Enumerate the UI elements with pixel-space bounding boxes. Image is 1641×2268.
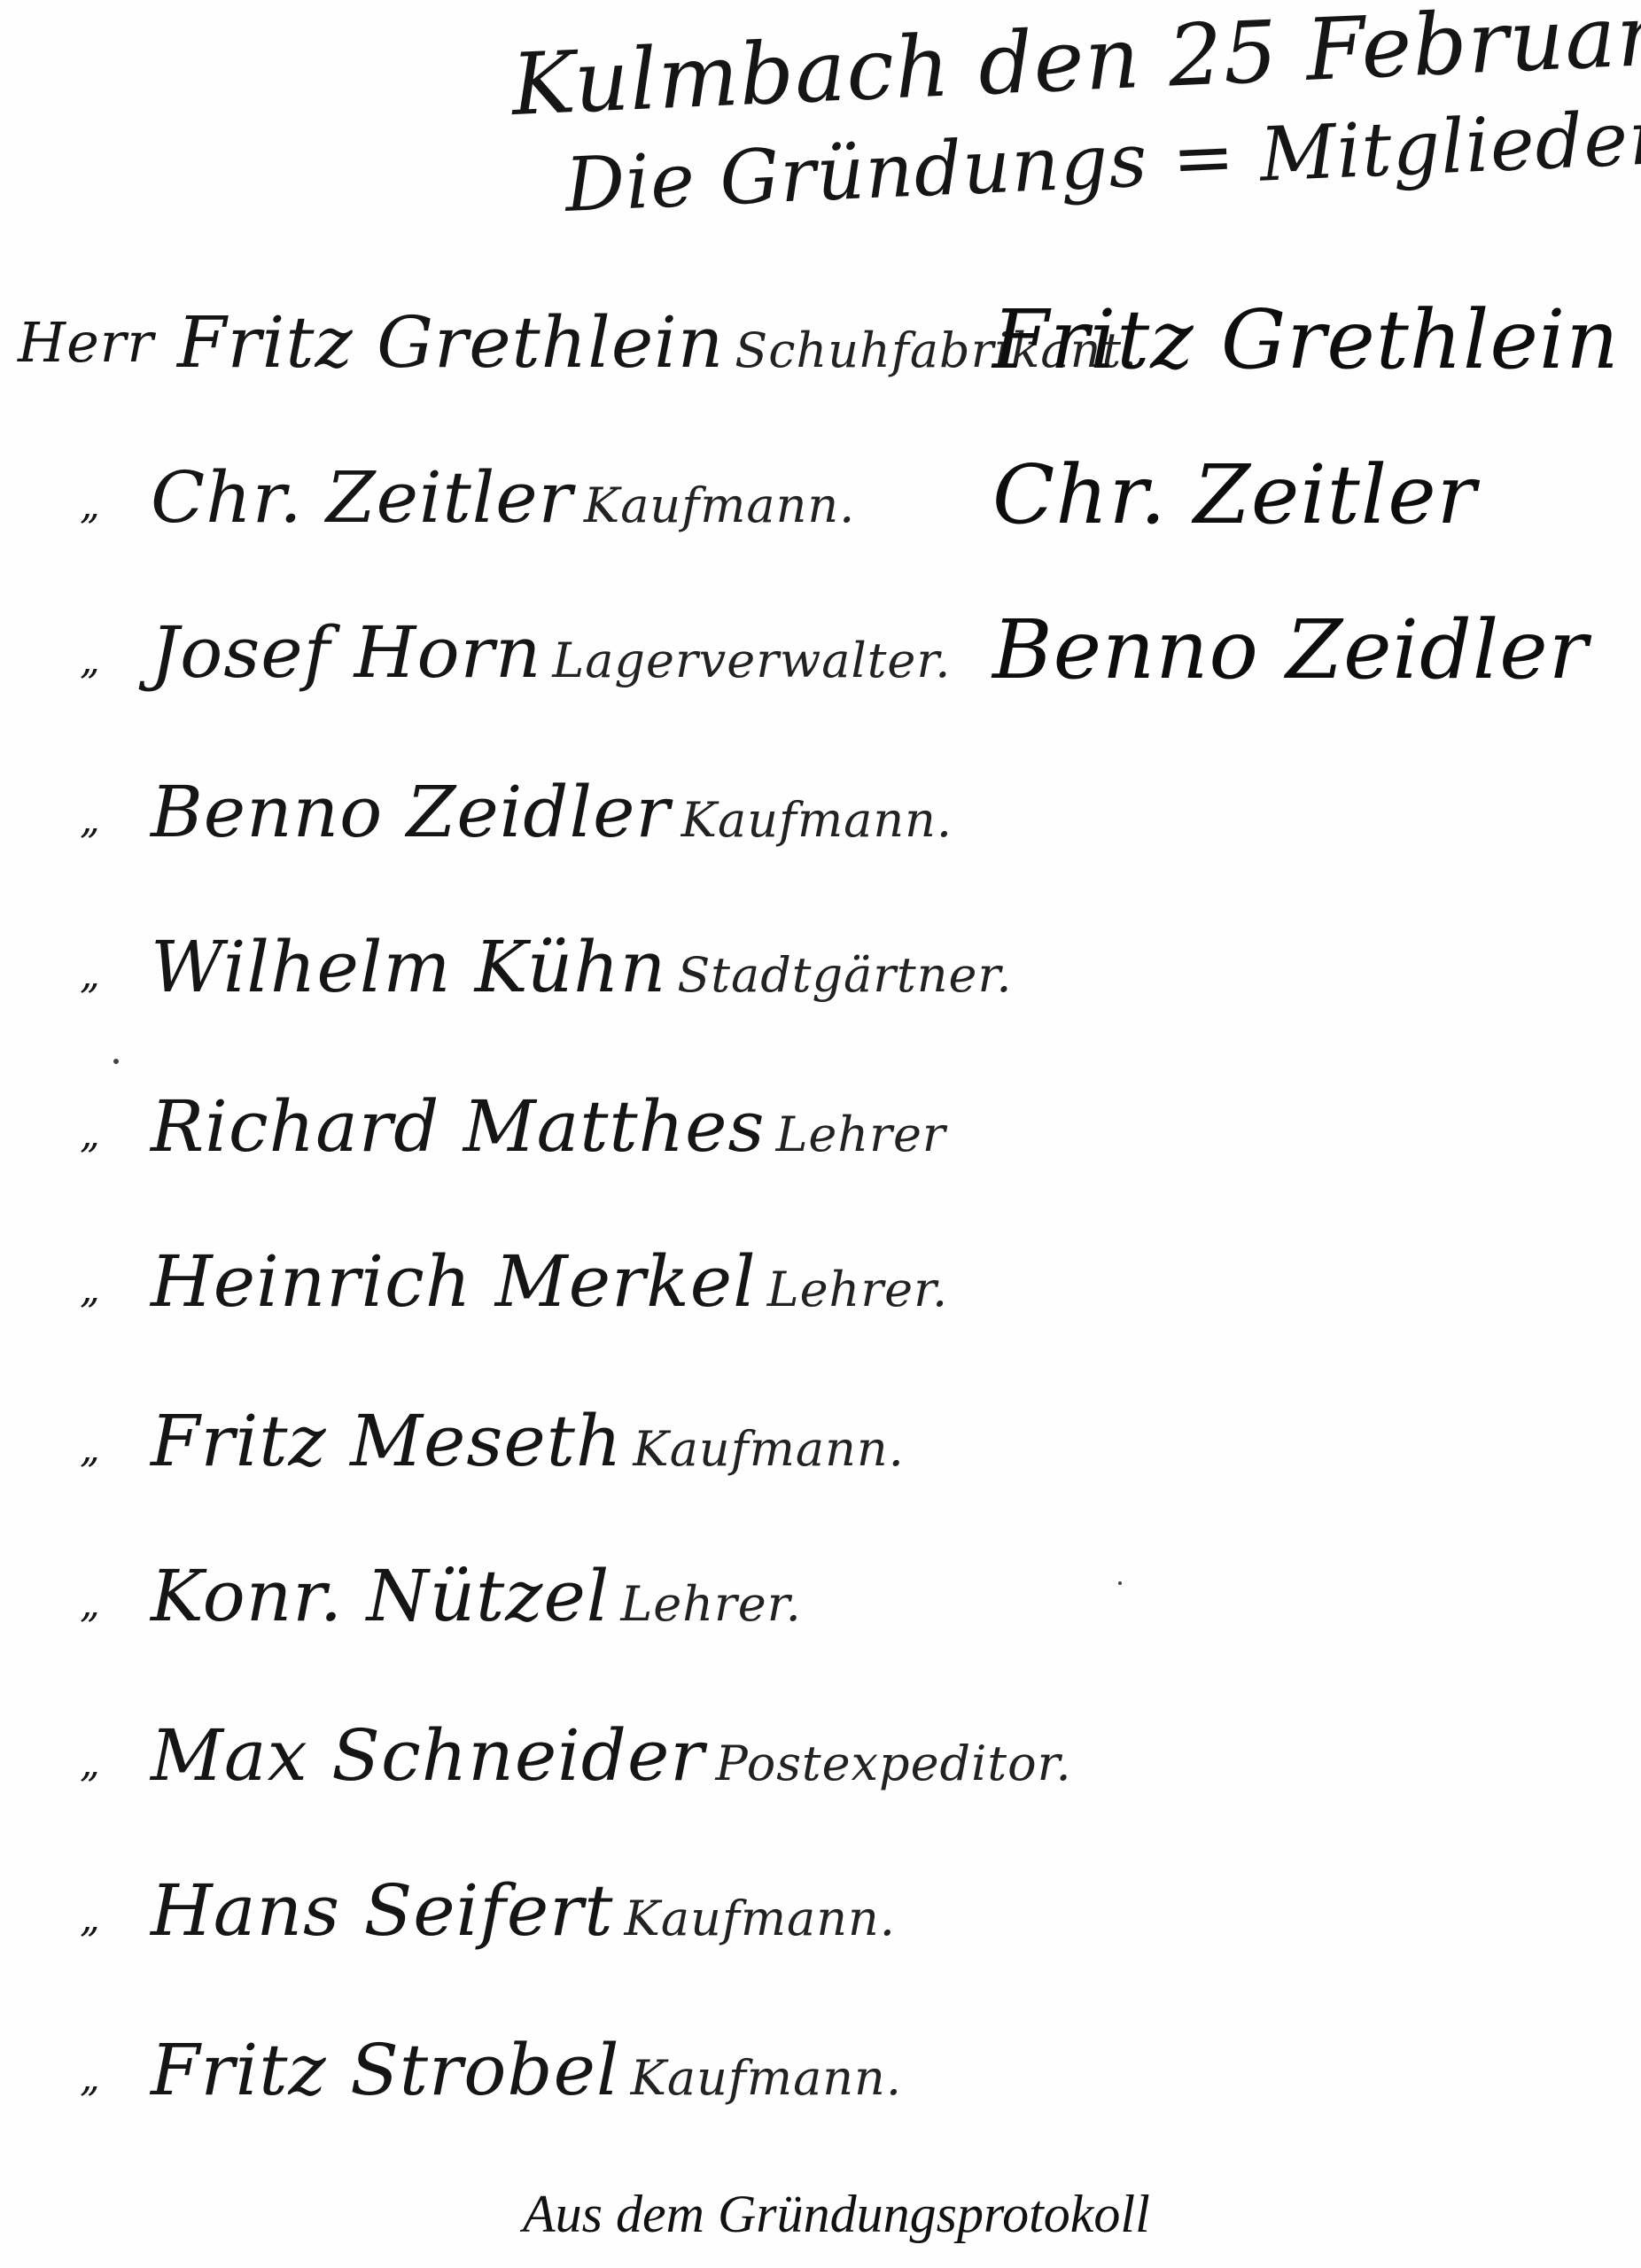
member-occupation: Lagerverwalter. xyxy=(552,633,951,688)
member-occupation: Kaufmann. xyxy=(631,2050,902,2106)
ditto-mark: „ xyxy=(80,1896,101,1941)
member-name-text: Richard Matthes xyxy=(151,1085,766,1168)
ink-speck xyxy=(1118,1581,1122,1585)
member-name: Max SchneiderPostexpeditor. xyxy=(151,1714,1072,1797)
ditto-mark: „ xyxy=(80,1581,101,1627)
member-occupation: Kaufmann. xyxy=(681,792,953,848)
member-name-text: Max Schneider xyxy=(151,1714,705,1797)
ditto-mark: „ xyxy=(80,638,101,683)
ditto-mark: „ xyxy=(80,797,101,843)
member-signature: Chr. Zeitler xyxy=(992,447,1477,542)
member-name: Fritz StrobelKaufmann. xyxy=(151,2029,902,2111)
member-row: „Fritz StrobelKaufmann. xyxy=(0,2020,1641,2153)
member-name-text: Heinrich Merkel xyxy=(151,1240,757,1323)
member-occupation: Lehrer. xyxy=(620,1576,801,1632)
member-row: „Wilhelm KühnStadtgärtner. xyxy=(0,917,1641,1050)
member-name-text: Wilhelm Kühn xyxy=(151,926,666,1008)
member-occupation: Kaufmann. xyxy=(625,1891,896,1946)
member-name-text: Konr. Nützel xyxy=(151,1555,610,1637)
ditto-mark: „ xyxy=(80,483,101,528)
member-name: Josef HornLagerverwalter. xyxy=(151,611,951,694)
caption: Aus dem Gründungsprotokoll xyxy=(523,2184,1150,2245)
member-row: HerrFritz GrethleinSchuhfabrikant.Fritz … xyxy=(0,292,1641,425)
ditto-mark: „ xyxy=(80,1267,101,1312)
member-occupation: Lehrer xyxy=(776,1107,946,1162)
member-name-text: Benno Zeidler xyxy=(151,771,671,853)
ditto-mark: „ xyxy=(80,952,101,998)
member-name: Wilhelm KühnStadtgärtner. xyxy=(151,926,1013,1008)
member-row: „Fritz MesethKaufmann. xyxy=(0,1391,1641,1524)
member-occupation: Stadtgärtner. xyxy=(677,947,1012,1003)
member-row: „Chr. ZeitlerKaufmann.Chr. Zeitler xyxy=(0,447,1641,580)
member-occupation: Postexpeditor. xyxy=(716,1736,1072,1791)
ditto-mark: „ xyxy=(80,2055,101,2101)
member-name: Fritz MesethKaufmann. xyxy=(151,1400,905,1482)
document-page: Kulmbach den 25 Februar 1907 Die Gründun… xyxy=(0,0,1641,2268)
member-name: Richard MatthesLehrer xyxy=(151,1085,946,1168)
member-name: Konr. NützelLehrer. xyxy=(151,1555,802,1637)
ditto-mark: „ xyxy=(80,1426,101,1472)
member-name: Hans SeifertKaufmann. xyxy=(151,1869,896,1952)
member-occupation: Lehrer. xyxy=(767,1262,948,1317)
salutation: Herr xyxy=(18,310,154,375)
member-occupation: Kaufmann. xyxy=(633,1421,904,1477)
member-row: „Josef HornLagerverwalter.Benno Zeidler xyxy=(0,602,1641,735)
member-name-text: Chr. Zeitler xyxy=(151,456,573,539)
member-row: „Richard MatthesLehrer xyxy=(0,1076,1641,1209)
ink-speck xyxy=(113,1059,119,1064)
member-name-text: Fritz Grethlein xyxy=(177,301,724,384)
member-name-text: Hans Seifert xyxy=(151,1869,614,1952)
member-row: „Hans SeifertKaufmann. xyxy=(0,1860,1641,1993)
member-row: „Max SchneiderPostexpeditor. xyxy=(0,1705,1641,1838)
ditto-mark: „ xyxy=(80,1112,101,1157)
member-name-text: Fritz Meseth xyxy=(151,1400,622,1482)
member-signature: Fritz Grethlein xyxy=(992,292,1620,387)
member-signature: Benno Zeidler xyxy=(992,602,1589,697)
member-name: Benno ZeidlerKaufmann. xyxy=(151,771,953,853)
member-name-text: Fritz Strobel xyxy=(151,2029,620,2111)
member-row: „Konr. NützelLehrer. xyxy=(0,1546,1641,1679)
member-row: „Benno ZeidlerKaufmann. xyxy=(0,762,1641,895)
member-name: Chr. ZeitlerKaufmann. xyxy=(151,456,855,539)
member-name-text: Josef Horn xyxy=(151,611,541,694)
member-name: Heinrich MerkelLehrer. xyxy=(151,1240,948,1323)
member-occupation: Kaufmann. xyxy=(584,478,855,533)
member-row: „Heinrich MerkelLehrer. xyxy=(0,1231,1641,1364)
ditto-mark: „ xyxy=(80,1741,101,1786)
